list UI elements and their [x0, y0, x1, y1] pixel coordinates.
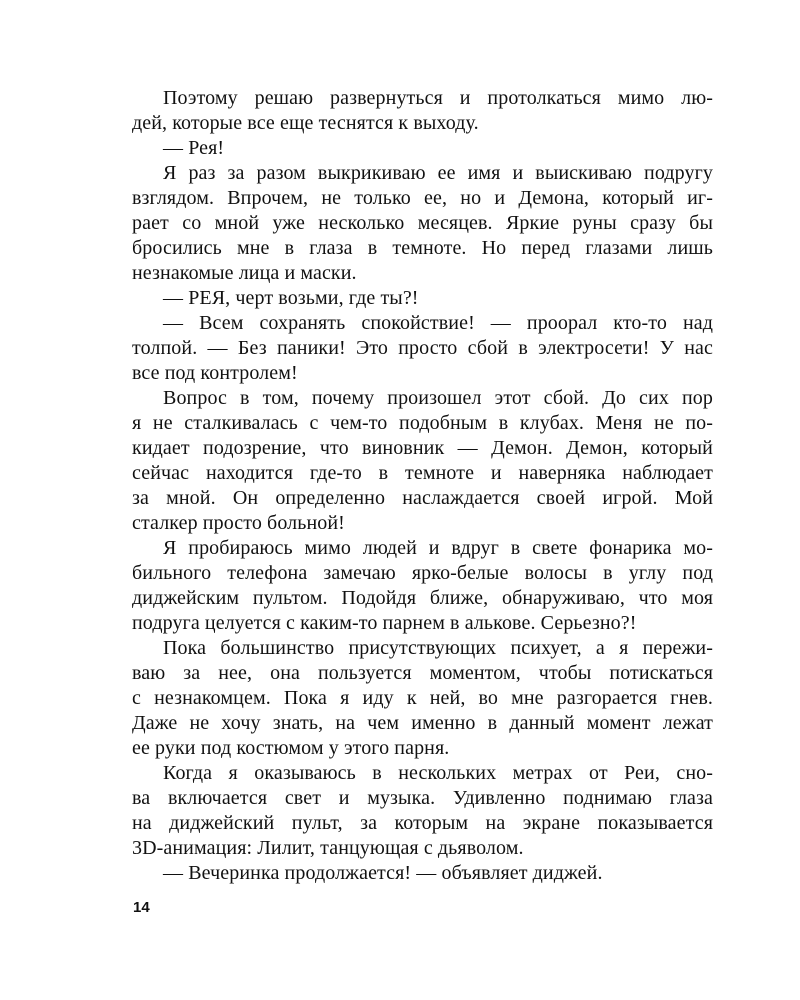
text-line: взглядом. Впрочем, не только ее, но и Де…: [132, 186, 713, 211]
text-line: Вопрос в том, почему произошел этот сбой…: [132, 386, 713, 411]
book-page: Поэтому решаю развернуться и протолкатьс…: [0, 0, 800, 1000]
text-line: ее руки под костюмом у этого парня.: [132, 736, 713, 761]
text-line: ва включается свет и музыка. Удивленно п…: [132, 786, 713, 811]
text-line: Даже не хочу знать, на чем именно в данн…: [132, 711, 713, 736]
text-line: — Рея!: [132, 136, 713, 161]
text-line: бильного телефона замечаю ярко-белые вол…: [132, 561, 713, 586]
text-line: ваю за нее, она пользуется моментом, что…: [132, 661, 713, 686]
text-line: Я пробираюсь мимо людей и вдруг в свете …: [132, 536, 713, 561]
text-line: подруга целуется с каким-то парнем в аль…: [132, 611, 713, 636]
page-text: Поэтому решаю развернуться и протолкатьс…: [132, 86, 713, 886]
text-line: дей, которые все еще теснятся к выходу.: [132, 111, 713, 136]
text-line: бросились мне в глаза в темноте. Но пере…: [132, 236, 713, 261]
text-line: — Всем сохранять спокойствие! — проорал …: [132, 311, 713, 336]
text-line: я не сталкивалась с чем-то подобным в кл…: [132, 411, 713, 436]
text-line: диджейским пультом. Подойдя ближе, обнар…: [132, 586, 713, 611]
text-line: Пока большинство присутствующих психует,…: [132, 636, 713, 661]
text-line: 3D-анимация: Лилит, танцующая с дьяволом…: [132, 836, 713, 861]
text-line: Поэтому решаю развернуться и протолкатьс…: [132, 86, 713, 111]
text-line: — РЕЯ, черт возьми, где ты?!: [132, 286, 713, 311]
text-line: кидает подозрение, что виновник — Демон.…: [132, 436, 713, 461]
text-line: — Вечеринка продолжается! — объявляет ди…: [132, 861, 713, 886]
text-line: все под контролем!: [132, 361, 713, 386]
text-line: на диджейский пульт, за которым на экран…: [132, 811, 713, 836]
text-line: рает со мной уже несколько месяцев. Ярки…: [132, 211, 713, 236]
text-line: с незнакомцем. Пока я иду к ней, во мне …: [132, 686, 713, 711]
text-line: незнакомые лица и маски.: [132, 261, 713, 286]
text-line: Когда я оказываюсь в нескольких метрах о…: [132, 761, 713, 786]
page-number: 14: [133, 899, 150, 916]
text-line: сейчас находится где-то в темноте и наве…: [132, 461, 713, 486]
text-line: сталкер просто больной!: [132, 511, 713, 536]
text-line: толпой. — Без паники! Это просто сбой в …: [132, 336, 713, 361]
text-line: за мной. Он определенно наслаждается сво…: [132, 486, 713, 511]
text-line: Я раз за разом выкрикиваю ее имя и выиск…: [132, 161, 713, 186]
